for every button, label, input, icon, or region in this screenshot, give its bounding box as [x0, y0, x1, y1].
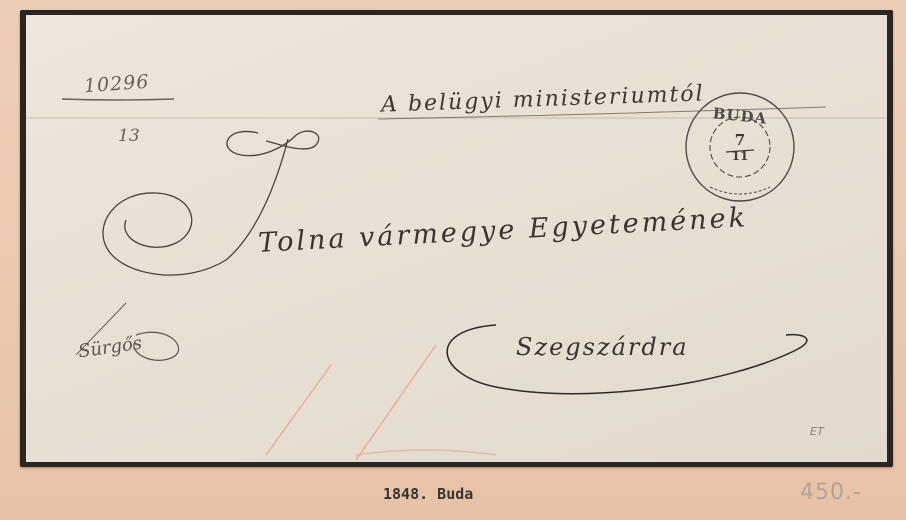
album-caption: 1848. Buda	[383, 485, 473, 503]
postmark-day: 7	[684, 131, 796, 149]
price-note: 450.-	[800, 480, 862, 505]
destination: Szegszárdra	[516, 333, 689, 361]
docket-number: 10296	[83, 71, 150, 98]
docket-sub-number: 13	[118, 126, 140, 146]
letter-cover: 10296 13 A belügyi ministeriumtól Tolna …	[26, 15, 887, 462]
postmark-month: 11	[684, 149, 796, 163]
collector-mark: ET	[810, 425, 824, 438]
postmark-city: BUDA	[683, 101, 796, 131]
postmark: BUDA 7 11	[684, 91, 796, 203]
